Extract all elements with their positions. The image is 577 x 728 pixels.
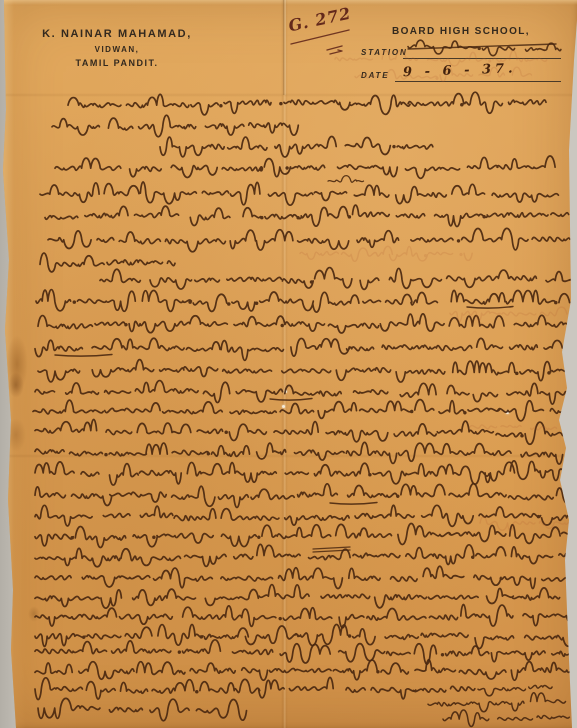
school-name: BOARD HIGH SCHOOL, — [355, 26, 567, 37]
paper-top-edge — [0, 0, 577, 5]
handwriting-line — [40, 253, 175, 272]
handwriting-line — [35, 505, 574, 526]
handwriting-line — [35, 566, 576, 588]
handwriting-line — [35, 338, 562, 360]
edge-stain — [28, 606, 40, 622]
handwriting-line — [48, 228, 570, 251]
handwritten-underline — [330, 503, 377, 505]
ink-bleed-through — [300, 246, 472, 261]
tamil-handwriting-layer — [0, 0, 577, 728]
ink-bleed-through — [450, 307, 567, 321]
handwriting-line — [35, 461, 569, 485]
handwriting-line — [35, 381, 571, 405]
letterhead-left-block: K. NAINAR MAHAMAD, VIDWAN, TAMIL PANDIT. — [32, 28, 202, 68]
date-value-handwritten: 9 - 6 - 37. — [403, 61, 533, 81]
handwriting-line — [52, 115, 298, 137]
interlinear-insertion — [328, 176, 363, 183]
edge-stain — [6, 335, 28, 393]
handwriting-line — [40, 182, 558, 205]
signature-line — [428, 693, 566, 712]
date-row: DATE 9 - 6 - 37. — [355, 67, 567, 83]
handwriting-line — [38, 360, 568, 382]
torn-left-edge — [0, 0, 26, 728]
handwriting-line — [55, 156, 555, 178]
handwriting-line — [36, 290, 570, 313]
handwriting-line — [45, 205, 569, 226]
handwriting-line — [35, 640, 574, 664]
handwriting-line — [100, 268, 573, 290]
ref-number-flourish — [291, 30, 349, 54]
handwriting-line — [160, 137, 433, 157]
handwriting-line — [35, 544, 571, 566]
pinhole-speck — [506, 411, 509, 414]
handwriting-line — [35, 660, 576, 681]
signature-line — [443, 710, 569, 727]
handwritten-underline — [270, 399, 312, 401]
handwriting-line — [35, 419, 571, 444]
handwriting-line — [35, 585, 560, 609]
horizontal-crease — [0, 454, 577, 458]
date-rule-line — [395, 81, 561, 82]
ref-number-handwritten: G. 272 — [287, 4, 353, 36]
handwritten-underline — [467, 307, 513, 309]
handwriting-line — [33, 400, 568, 421]
station-rule-line — [403, 58, 561, 59]
handwritten-underline — [55, 355, 112, 357]
horizontal-crease — [0, 93, 577, 97]
handwriting-line — [35, 523, 572, 547]
ink-bleed-through — [470, 425, 570, 430]
sender-title-2: TAMIL PANDIT. — [32, 58, 202, 68]
vertical-fold-crease-top — [283, 0, 286, 95]
edge-stain — [6, 418, 26, 452]
date-label: DATE — [361, 71, 389, 80]
handwriting-line — [35, 625, 574, 649]
edge-stain — [8, 372, 24, 398]
sender-title-1: VIDWAN, — [32, 45, 202, 54]
sender-name: K. NAINAR MAHAMAD, — [32, 28, 202, 40]
handwriting-line — [35, 678, 475, 700]
signature-line — [478, 685, 552, 695]
letter-paper: K. NAINAR MAHAMAD, VIDWAN, TAMIL PANDIT.… — [0, 0, 577, 728]
station-row: STATION — [355, 44, 567, 60]
handwriting-line — [35, 604, 576, 627]
ink-bleed-through — [480, 517, 572, 531]
station-label: STATION — [361, 48, 408, 57]
scanned-letter: { "scan": { "background_color": "#c8c4bc… — [0, 0, 577, 728]
handwriting-line — [38, 314, 574, 333]
strikethrough-mark — [313, 547, 350, 552]
pinhole-speck — [282, 405, 285, 408]
letterhead-right-block: BOARD HIGH SCHOOL, STATION DATE 9 - 6 - … — [355, 26, 567, 83]
handwriting-line — [35, 484, 573, 508]
handwriting-line — [38, 698, 246, 720]
pinhole-speck — [284, 390, 287, 393]
vertical-fold-crease — [281, 0, 288, 728]
